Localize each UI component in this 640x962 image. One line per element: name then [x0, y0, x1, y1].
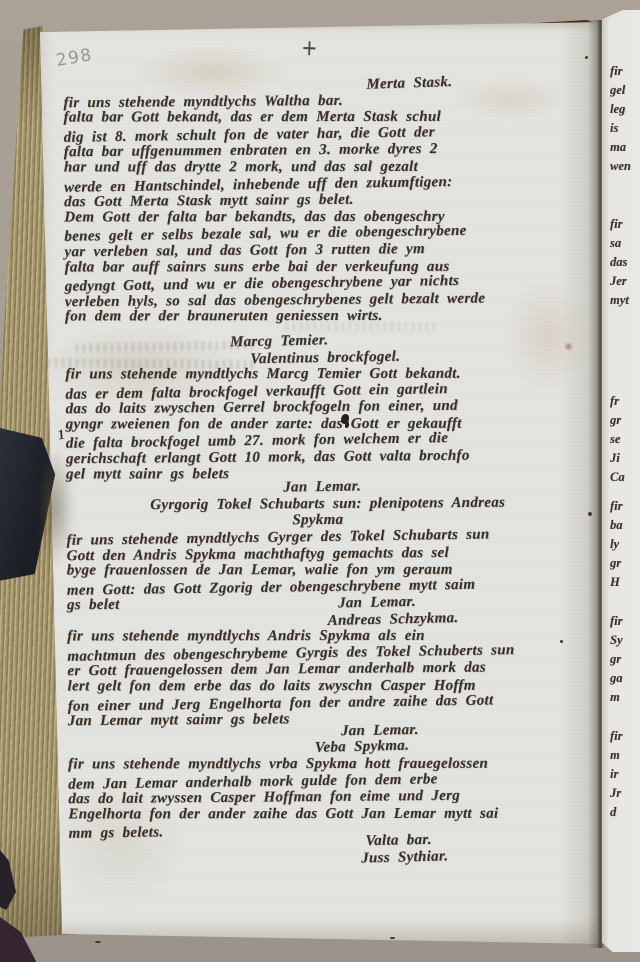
manuscript-text: Merta Stask.fir uns stehende myndtlychs … — [63, 74, 577, 868]
text-fragment: ly — [610, 535, 640, 554]
text-fragment: m — [610, 688, 640, 707]
body-line: yar verleben sal, und das Gott fon 3 rut… — [64, 240, 572, 261]
manuscript-photo: 298 + 1 Merta Stask.fir uns stehende myn… — [0, 0, 640, 962]
text-fragment: fir — [610, 727, 640, 746]
cross-mark: + — [301, 32, 317, 67]
fragment-group: firSygrgam — [610, 612, 640, 707]
section-jan-lemar-veba: Jan Lemar.Veba Spykma.fir uns stehende m… — [68, 721, 577, 841]
text-fragment: fr — [610, 392, 640, 411]
fragment-group: firmirJrd — [610, 727, 640, 822]
text-fragment: gel — [610, 81, 640, 100]
text-fragment: fir — [610, 612, 640, 631]
text-fragment: fir — [610, 62, 640, 81]
facing-page-edge: firgellegismawenfirsadasJermytfrgrseJiCa… — [602, 10, 640, 952]
text-fragment: Ji — [610, 449, 640, 468]
facing-page-text: firgellegismawenfirsadasJermytfrgrseJiCa… — [610, 12, 640, 822]
text-fragment: d — [610, 803, 640, 822]
backdrop-speck — [95, 941, 101, 943]
text-fragment: Ca — [610, 468, 640, 487]
section-jan-lemar-andreas: Jan Lemar.Andreas Schzykma.fir uns stehe… — [67, 593, 576, 729]
text-fragment: das — [610, 253, 640, 272]
text-fragment: wen — [610, 157, 640, 176]
text-fragment: ba — [610, 516, 640, 535]
text-fragment: gr — [610, 650, 640, 669]
text-fragment: Sy — [610, 631, 640, 650]
text-fragment: ga — [610, 669, 640, 688]
text-fragment: ma — [610, 138, 640, 157]
text-fragment: H — [610, 573, 640, 592]
section-merta-stask: Merta Stask.fir uns stehende myndtlychs … — [63, 74, 573, 326]
body-line: fon dem der der brauneruten geniessen wi… — [65, 308, 573, 325]
fragment-group: firbalygrH — [610, 497, 640, 592]
fragment-group: frgrseJiCa — [610, 392, 640, 487]
manuscript-page: 298 + 1 Merta Stask.fir uns stehende myn… — [36, 22, 602, 944]
text-fragment: fir — [610, 497, 640, 516]
page-gutter-shadow — [588, 20, 604, 948]
section-temier-brockfogel: Marcg Temier.Valentinus brockfogel.fir u… — [65, 331, 574, 484]
text-fragment: ir — [610, 765, 640, 784]
text-fragment: sa — [610, 234, 640, 253]
text-fragment: se — [610, 430, 640, 449]
cover-shadow — [42, 450, 74, 566]
text-fragment: is — [610, 119, 640, 138]
text-fragment: gr — [610, 411, 640, 430]
text-fragment: Jr — [610, 784, 640, 803]
fragment-group: firsadasJermyt — [610, 215, 640, 310]
text-fragment: fir — [610, 215, 640, 234]
pencil-page-number: 298 — [55, 45, 95, 71]
text-fragment: leg — [610, 100, 640, 119]
text-fragment: m — [610, 746, 640, 765]
text-fragment: gr — [610, 554, 640, 573]
fragment-group: firgellegismawen — [610, 62, 640, 176]
text-fragment: myt — [610, 291, 640, 310]
text-fragment: Jer — [610, 272, 640, 291]
